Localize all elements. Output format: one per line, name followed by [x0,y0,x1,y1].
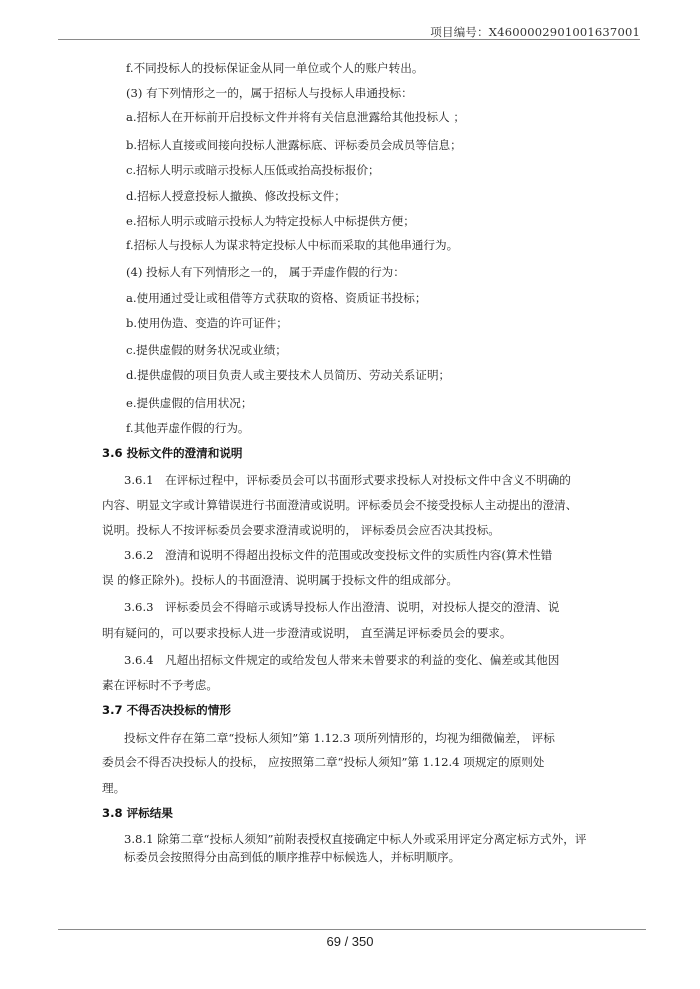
paragraph-line: 3.6.4 凡超出招标文件规定的或给发包人带来未曾要求的利益的变化、偏差或其他因 [124,653,559,667]
paragraph-line: 3.6.1 在评标过程中，评标委员会可以书面形式要求投标人对投标文件中含义不明确… [124,473,571,487]
paragraph-line: 明有疑问的，可以要求投标人进一步澄清或说明， 直至满足评标委员会的要求。 [102,626,511,640]
list-item: b.使用伪造、变造的许可证件； [126,316,288,330]
paragraph-line: 标委员会按照得分由高到低的顺序推荐中标候选人，并标明顺序。 [124,850,460,864]
list-item: d.提供虚假的项目负责人或主要技术人员简历、劳动关系证明； [126,368,450,382]
paragraph-line: 素在评标时不予考虑。 [102,678,218,692]
paragraph-line: 3.6.2 澄清和说明不得超出投标文件的范围或改变投标文件的实质性内容(算术性错 [124,548,552,562]
list-item: d.招标人授意投标人撤换、修改投标文件； [126,189,346,203]
list-item: e.招标人明示或暗示投标人为特定投标人中标提供方便； [126,214,415,228]
paragraph-line: 内容、明显文字或计算错误进行书面澄清或说明。评标委员会不接受投标人主动提出的澄清… [102,498,577,512]
project-number-header: 项目编号：X460000290100163700​1 [430,24,640,40]
list-item: f.招标人与投标人为谋求特定投标人中标而采取的其他串通行为。 [126,238,458,252]
list-item: c.招标人明示或暗示投标人压低或抬高投标报价； [126,163,380,177]
list-item: f.不同投标人的投标保证金从同一单位或个人的账户转出。 [126,61,423,75]
list-item: b.招标人直接或间接向投标人泄露标底、评标委员会成员等信息； [126,138,462,152]
list-item: f.其他弄虚作假的行为。 [126,421,250,435]
section-heading-3-6: 3.6 投标文件的澄清和说明 [102,446,243,460]
section-heading-3-7: 3.7 不得否决投标的情形 [102,703,231,717]
paragraph-line: 误 的修正除外)。投标人的书面澄清、说明属于投标文件的组成部分。 [102,573,458,587]
paragraph-line: 说明。投标人不按评标委员会要求澄清或说明的， 评标委员会应否决其投标。 [102,523,500,537]
paragraph-line: 委员会不得否决投标人的投标， 应按照第二章“投标人须知”第 1.12.4 项规定… [102,755,544,769]
clause-heading: (4) 投标人有下列情形之一的， 属于弄虚作假的行为： [126,265,405,279]
list-item: a.招标人在开标前开启投标文件并将有关信息泄露给其他投标人 ； [126,110,465,124]
list-item: a.使用通过受让或租借等方式获取的资格、资质证书投标； [126,291,426,305]
footer-divider [58,929,646,930]
paragraph-line: 3.8.1 除第二章“投标人须知”前附表授权直接确定中标人外或采用评定分离定标方… [124,832,586,846]
list-item: c.提供虚假的财务状况或业绩； [126,343,287,357]
section-heading-3-8: 3.8 评标结果 [102,806,173,820]
paragraph-line: 投标文件存在第二章“投标人须知”第 1.12.3 项所列情形的，均视为细微偏差，… [124,731,555,745]
paragraph-line: 理。 [102,781,125,795]
clause-heading: (3) 有下列情形之一的，属于招标人与投标人串通投标： [126,86,413,100]
paragraph-line: 3.6.3 评标委员会不得暗示或诱导投标人作出澄清、说明，对投标人提交的澄清、说 [124,600,559,614]
header-divider [58,39,640,40]
page-number: 69 / 350 [0,934,700,949]
list-item: e.提供虚假的信用状况； [126,396,253,410]
